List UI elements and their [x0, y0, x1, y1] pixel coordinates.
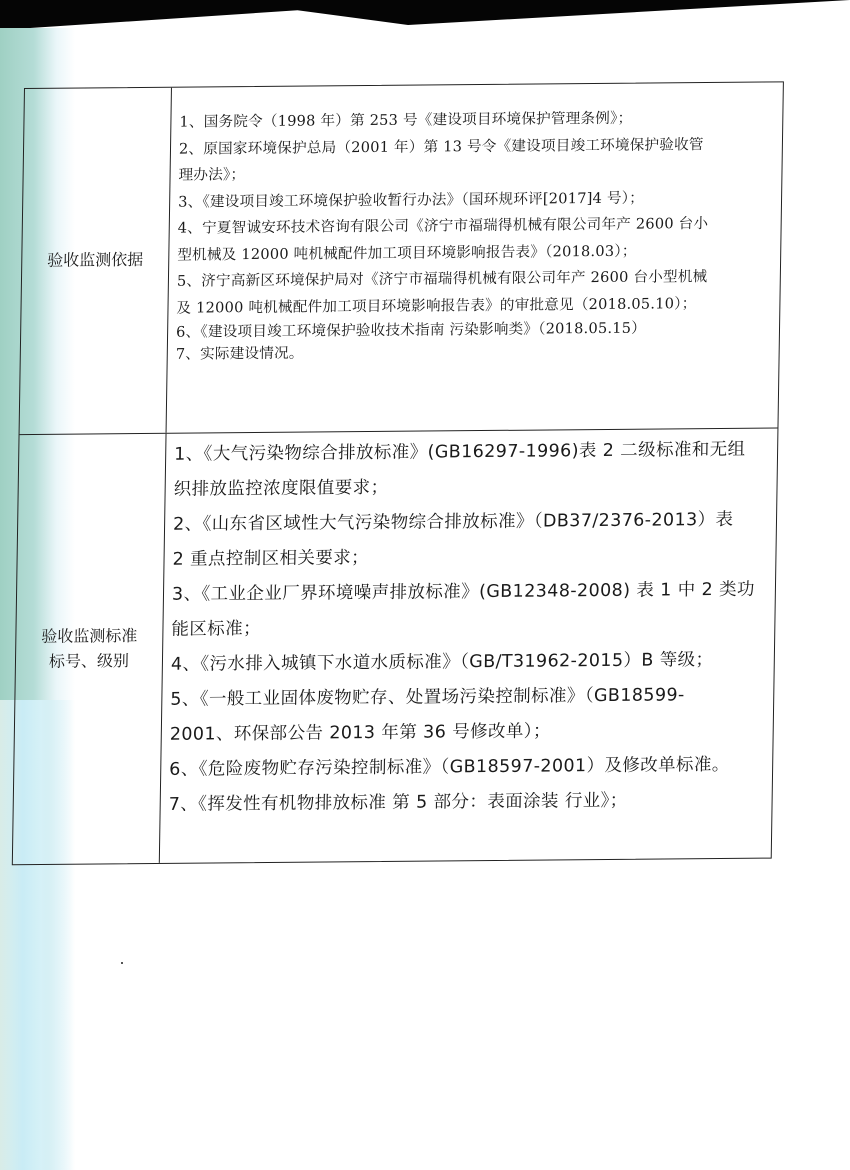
scan-speck [121, 962, 123, 964]
acceptance-monitoring-table: 验收监测依据 1、国务院令（1998 年）第 253 号《建设项目环境保护管理条… [12, 81, 784, 865]
standard-item-3-line-1: 3、《工业企业厂界环境噪声排放标准》(GB12348-2008) 表 1 中 2… [172, 573, 767, 613]
photo-top-shadow [0, 0, 850, 32]
row-label: 验收监测依据 [47, 248, 143, 274]
content-cell-monitoring-standards: 1、《大气污染物综合排放标准》(GB16297-1996)表 2 二级标准和无组… [160, 428, 778, 862]
standard-item-5-line-1: 5、《一般工业固体废物贮存、处置场污染控制标准》（GB18599- [170, 678, 765, 718]
standard-item-3-line-2: 能区标准； [171, 608, 766, 648]
standard-item-2-line-1: 2、《山东省区域性大气污染物综合排放标准》（DB37/2376-2013）表 [173, 503, 768, 543]
label-cell-monitoring-basis: 验收监测依据 [20, 88, 172, 434]
row-monitoring-basis: 验收监测依据 1、国务院令（1998 年）第 253 号《建设项目环境保护管理条… [20, 82, 783, 435]
standard-item-1-line-1: 1、《大气污染物综合排放标准》(GB16297-1996)表 2 二级标准和无组 [174, 433, 769, 473]
standard-item-5-line-2: 2001、环保部公告 2013 年第 36 号修改单）； [170, 713, 765, 753]
label-cell-monitoring-standards: 验收监测标准 标号、级别 [13, 434, 167, 864]
standard-item-4: 4、《污水排入城镇下水道水质标准》（GB/T31962-2015）B 等级； [171, 643, 766, 683]
basis-item-5-line-2: 及 12000 吨机械配件加工项目环境影响报告表》的审批意见（2018.05.1… [176, 290, 771, 322]
row-monitoring-standards: 验收监测标准 标号、级别 1、《大气污染物综合排放标准》(GB16297-199… [13, 428, 778, 864]
row-label-line-1: 验收监测标准 [41, 624, 137, 650]
basis-item-2-line-1: 2、原国家环境保护总局（2001 年）第 13 号令《建设项目竣工环境保护验收管 [179, 131, 774, 163]
standard-item-1-line-2: 织排放监控浓度限值要求； [173, 468, 768, 508]
content-cell-monitoring-basis: 1、国务院令（1998 年）第 253 号《建设项目环境保护管理条例》； 2、原… [167, 82, 783, 432]
standard-item-2-line-2: 2 重点控制区相关要求； [172, 538, 767, 578]
row-label-line-2: 标号、级别 [41, 649, 137, 675]
basis-item-7: 7、实际建设情况。 [176, 339, 771, 366]
basis-item-4-line-1: 4、宁夏智诚安环技术咨询有限公司《济宁市福瑞得机械有限公司年产 2600 台小 [178, 210, 773, 242]
standard-item-7: 7、《挥发性有机物排放标准 第 5 部分：表面涂装 行业》； [168, 783, 763, 823]
standard-item-6: 6、《危险废物贮存污染控制标准》（GB18597-2001）及修改单标准。 [169, 748, 764, 788]
